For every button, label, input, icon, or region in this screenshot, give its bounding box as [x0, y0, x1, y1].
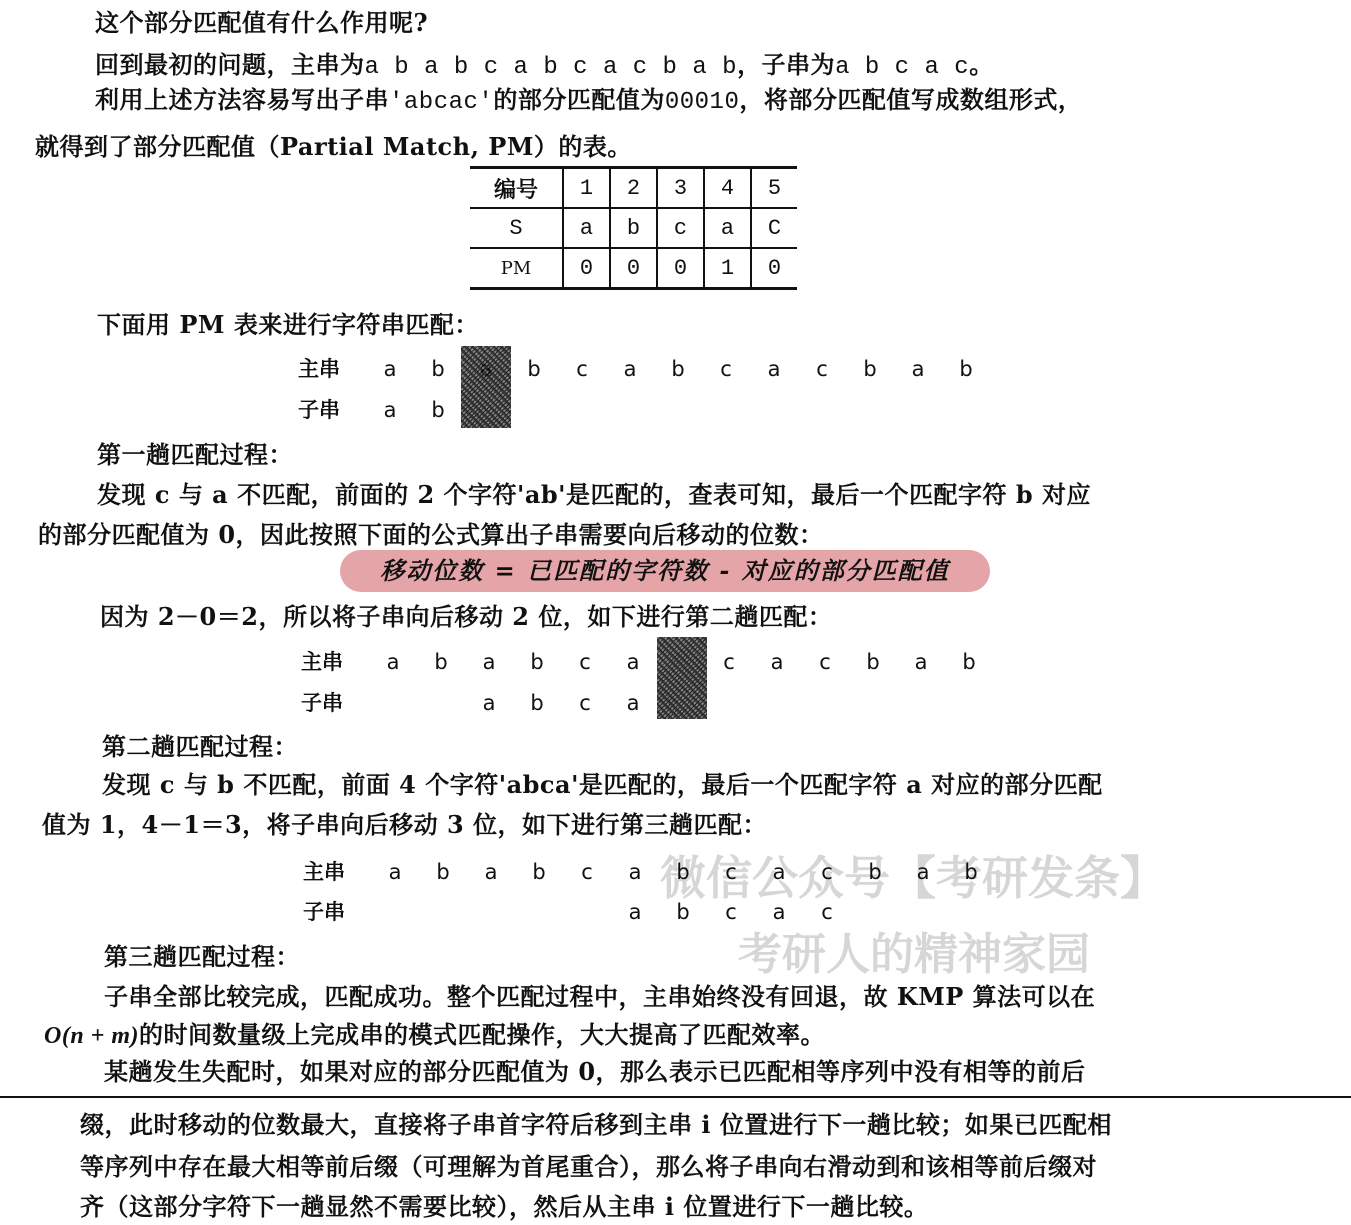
problem-prefix: 回到最初的问题，主串为 [95, 50, 365, 79]
char: b [431, 855, 455, 889]
pm-table-cell: C [751, 208, 797, 248]
char: b [954, 352, 978, 386]
trip3-sub-row: 子串 a b c a c [303, 895, 903, 929]
char: c [573, 686, 597, 720]
char: b [666, 352, 690, 386]
char: b [525, 686, 549, 720]
pm-table-intro: 就得到了部分匹配值（Partial Match, PM）的表。 [35, 132, 632, 162]
pm-table-cell: b [610, 208, 657, 248]
problem-end: 。 [969, 50, 994, 79]
char: a [909, 645, 933, 679]
char: b [957, 645, 981, 679]
trip3-text-1: 子串全部比较完成，匹配成功。整个匹配过程中，主串始终没有回退，故 KMP 算法可… [104, 982, 1095, 1012]
char: b [858, 352, 882, 386]
char: c [815, 855, 839, 889]
pm-value-mid: 的部分匹配值为 [493, 85, 665, 114]
trip2-text-2: 值为 1，4－1＝3，将子串向后移动 3 位，如下进行第三趟匹配： [42, 810, 767, 840]
pm-table-cell: c [657, 208, 704, 248]
mismatch-text-3: 等序列中存在最大相等前后缀（可理解为首尾重合），那么将子串向右滑动到和该相等前后… [80, 1152, 1097, 1182]
char: c [570, 352, 594, 386]
char: b [522, 352, 546, 386]
sub-label: 子串 [298, 393, 340, 427]
main-label: 主串 [298, 352, 340, 386]
char: b [525, 645, 549, 679]
sub-string-text: a b c a c [835, 54, 969, 81]
char: a [623, 855, 647, 889]
problem-mid: ，子串为 [737, 50, 835, 79]
pm-table-header-label: 编号 [470, 168, 563, 209]
shift-formula: 移动位数 = 已匹配的字符数 - 对应的部分匹配值 [340, 550, 990, 592]
pm-table-cell: 1 [563, 168, 610, 209]
pm-table-cell: a [563, 208, 610, 248]
pm-table-cell: 5 [751, 168, 797, 209]
pm-table-cell: 0 [563, 248, 610, 289]
char: b [527, 855, 551, 889]
pm-table-row-s: S a b c a C [470, 208, 797, 248]
pm-value-end: ，将部分匹配值写成数组形式， [739, 85, 1082, 114]
sub-label: 子串 [303, 895, 345, 929]
trip1-sub-row: 子串 a b [298, 393, 598, 427]
char: b [671, 895, 695, 929]
pm-table-row-pm: PM 0 0 0 1 0 [470, 248, 797, 289]
pm-table-cell: 1 [704, 248, 751, 289]
trip3-text-2: O(n + m)的时间数量级上完成串的模式匹配操作，大大提高了匹配效率。 [44, 1020, 825, 1051]
pm-table-s-label: S [470, 208, 563, 248]
sub-label: 子串 [301, 686, 343, 720]
main-string-text: a b a b c a b c a c b a b [365, 54, 738, 81]
question-line: 这个部分匹配值有什么作用呢? [95, 8, 428, 38]
char: a [767, 895, 791, 929]
char: a [767, 855, 791, 889]
pm-value-line: 利用上述方法容易写出子串'abcac'的部分匹配值为00010，将部分匹配值写成… [95, 85, 1082, 118]
char: a [621, 686, 645, 720]
char: a [623, 895, 647, 929]
pm-table-cell: 2 [610, 168, 657, 209]
pm-matching-intro: 下面用 PM 表来进行字符串匹配： [97, 310, 479, 340]
char: c [575, 855, 599, 889]
trip2-sub-row: 子串 a b c a [301, 686, 701, 720]
char: c [717, 645, 741, 679]
pm-table-pm-label: PM [470, 248, 563, 289]
trip1-main-row: 主串 a b a b c a b c a c b a b [298, 352, 998, 386]
mismatch-text-1: 某趟发生失配时，如果对应的部分匹配值为 0，那么表示已匹配相等序列中没有相等的前… [104, 1057, 1086, 1087]
char: b [671, 855, 695, 889]
pm-value-prefix: 利用上述方法容易写出子串 [95, 85, 389, 114]
pm-table-cell: a [704, 208, 751, 248]
pm-table-cell: 0 [657, 248, 704, 289]
pm-table-cell: 0 [610, 248, 657, 289]
trip3-main-row: 主串 a b a b c a b c a c b a b [303, 855, 1003, 889]
trip2-main-row: 主串 a b a b c a c a c b a b [301, 645, 1001, 679]
problem-line: 回到最初的问题，主串为a b a b c a b c a c b a b，子串为… [95, 50, 994, 83]
char: a [765, 645, 789, 679]
char: c [810, 352, 834, 386]
char: c [719, 855, 743, 889]
trip2-text-1: 发现 c 与 b 不匹配，前面 4 个字符'abca'是匹配的，最后一个匹配字符… [102, 770, 1103, 800]
char: a [381, 645, 405, 679]
char: a [911, 855, 935, 889]
char: a [762, 352, 786, 386]
trip1-text-1: 发现 c 与 a 不匹配，前面的 2 个字符'ab'是匹配的，查表可知，最后一个… [97, 480, 1091, 510]
pm-table-cell: 4 [704, 168, 751, 209]
trip2-title: 第二趟匹配过程： [102, 732, 298, 762]
main-label: 主串 [303, 855, 345, 889]
mismatch-text-2: 缀，此时移动的位数最大，直接将子串首字符后移到主串 i 位置进行下一趟比较；如果… [80, 1110, 1112, 1140]
trip1-text-2: 的部分匹配值为 0，因此按照下面的公式算出子串需要向后移动的位数： [38, 520, 824, 550]
char: c [815, 895, 839, 929]
pm-table: 编号 1 2 3 4 5 S a b c a C PM 0 0 0 1 0 [470, 166, 797, 290]
pm-value-code: 'abcac' [389, 89, 493, 116]
char: a [477, 645, 501, 679]
char: b [861, 645, 885, 679]
main-label: 主串 [301, 645, 343, 679]
char: a [906, 352, 930, 386]
complexity-text: 的时间数量级上完成串的模式匹配操作，大大提高了匹配效率。 [139, 1020, 825, 1049]
pm-table-cell: 3 [657, 168, 704, 209]
complexity-math: O(n + m) [44, 1023, 139, 1049]
char: a [621, 645, 645, 679]
char: a [479, 855, 503, 889]
pm-table-row-index: 编号 1 2 3 4 5 [470, 168, 797, 209]
char: b [959, 855, 983, 889]
char: c [719, 895, 743, 929]
trip3-title: 第三趟匹配过程： [104, 942, 300, 972]
trip1-text-3: 因为 2－0＝2，所以将子串向后移动 2 位，如下进行第二趟匹配： [100, 602, 832, 632]
char: a [477, 686, 501, 720]
char: b [426, 393, 450, 427]
page-divider [0, 1096, 1351, 1098]
char: c [714, 352, 738, 386]
char: a [383, 855, 407, 889]
mismatch-mark [657, 637, 707, 719]
char: c [813, 645, 837, 679]
char: a [378, 352, 402, 386]
char: a [378, 393, 402, 427]
char: a [618, 352, 642, 386]
char: b [863, 855, 887, 889]
char: b [426, 352, 450, 386]
char: c [573, 645, 597, 679]
mismatch-text-4: 齐（这部分字符下一趟显然不需要比较），然后从主串 i 位置进行下一趟比较。 [80, 1192, 928, 1222]
trip1-title: 第一趟匹配过程： [97, 440, 293, 470]
pm-value-number: 00010 [665, 89, 740, 116]
char: b [429, 645, 453, 679]
pm-table-cell: 0 [751, 248, 797, 289]
mismatch-mark [461, 346, 511, 428]
